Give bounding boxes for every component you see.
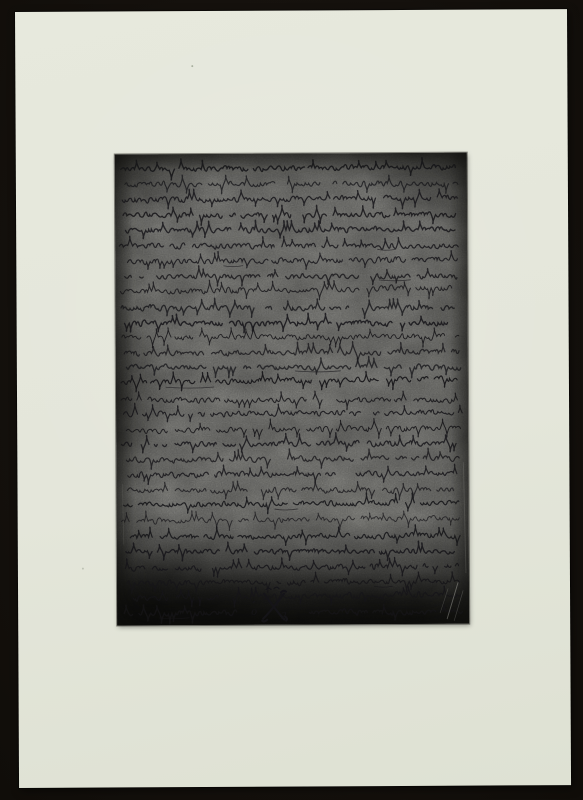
mount-card: o 2 xyxy=(15,9,571,788)
photo-vignette xyxy=(115,153,469,626)
manuscript-photo: o 2 xyxy=(115,153,469,626)
card-speck xyxy=(82,568,84,570)
dark-background: o 2 xyxy=(0,0,583,800)
card-speck xyxy=(191,65,193,67)
